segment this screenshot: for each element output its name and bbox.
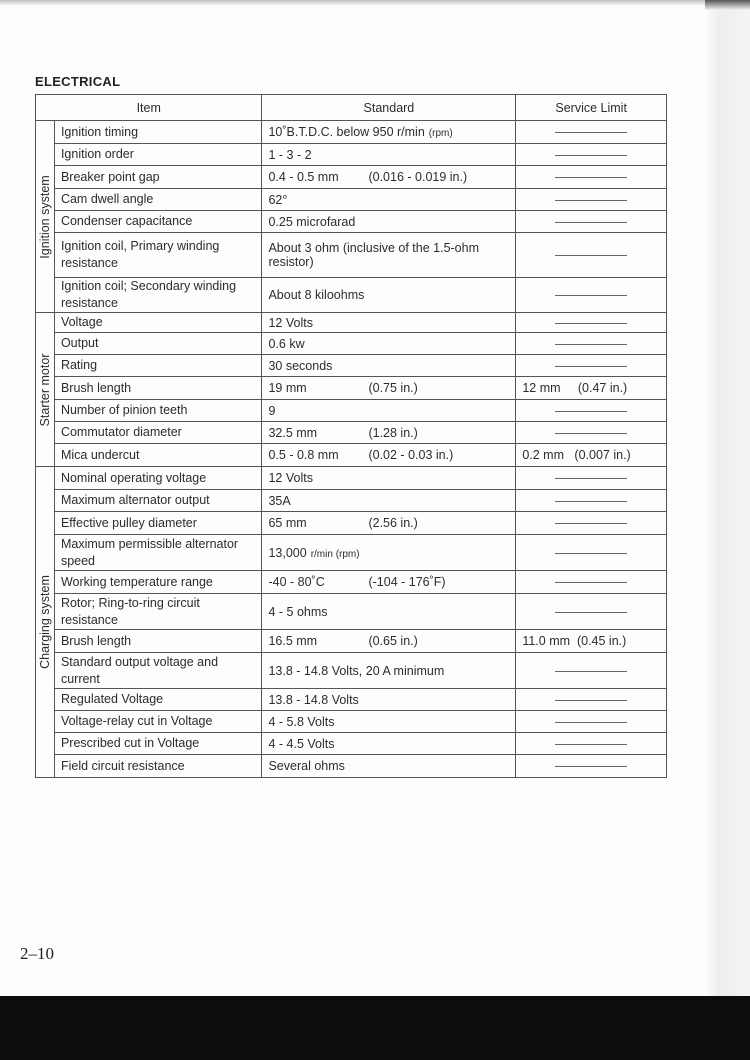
no-limit-dash [555,366,627,367]
standard-value: 1 - 3 - 2 [268,148,311,162]
standard-cell: 13.8 - 14.8 Volts [262,689,516,711]
standard-cell: About 8 kiloohms [262,278,516,313]
standard-alt-value: (0.75 in.) [368,381,417,395]
header-service-limit: Service Limit [516,95,667,121]
no-limit-dash [555,222,627,223]
table-row: Maximum permissible alternator speed13,0… [36,535,667,571]
standard-value: 62° [268,193,287,207]
item-cell: Brush length [54,377,262,400]
service-limit-cell [516,653,667,689]
service-limit-cell [516,333,667,355]
no-limit-dash [555,295,627,296]
standard-cell: About 3 ohm (inclusive of the 1.5-ohm re… [262,233,516,278]
standard-cell: 30 seconds [262,355,516,377]
standard-value: 32.5 mm [268,426,368,440]
item-cell: Ignition order [54,144,262,166]
no-limit-dash [555,523,627,524]
no-limit-dash [555,200,627,201]
standard-value: 30 seconds [268,359,332,373]
group-label: Ignition system [38,175,52,258]
table-row: Rotor; Ring-to-ring circuit resistance4 … [36,594,667,630]
standard-value: 0.4 - 0.5 mm [268,170,368,184]
no-limit-dash [555,722,627,723]
table-row: Ignition coil; Secondary winding resista… [36,278,667,313]
standard-value: 4 - 5.8 Volts [268,715,334,729]
no-limit-dash [555,344,627,345]
group-label-cell: Ignition system [36,121,55,313]
no-limit-dash [555,766,627,767]
item-cell: Effective pulley diameter [54,512,262,535]
table-row: Brush length19 mm(0.75 in.)12 mm (0.47 i… [36,377,667,400]
standard-alt-value: (1.28 in.) [368,426,417,440]
table-row: Ignition order1 - 3 - 2 [36,144,667,166]
standard-cell: 62° [262,189,516,211]
section-title: ELECTRICAL [35,74,120,89]
standard-cell: 13.8 - 14.8 Volts, 20 A minimum [262,653,516,689]
item-cell: Brush length [54,630,262,653]
service-limit-cell [516,711,667,733]
table-row: Charging systemNominal operating voltage… [36,467,667,490]
table-row: Field circuit resistanceSeveral ohms [36,755,667,778]
standard-value: 0.6 kw [268,337,304,351]
item-cell: Ignition coil; Secondary winding resista… [54,278,262,313]
item-cell: Condenser capacitance [54,211,262,233]
table-row: Regulated Voltage13.8 - 14.8 Volts [36,689,667,711]
service-limit-cell [516,512,667,535]
standard-alt-value: (0.02 - 0.03 in.) [368,448,453,462]
standard-cell: 4 - 4.5 Volts [262,733,516,755]
standard-cell: 0.4 - 0.5 mm(0.016 - 0.019 in.) [262,166,516,189]
table-row: Commutator diameter32.5 mm(1.28 in.) [36,422,667,444]
group-label: Starter motor [38,353,52,426]
no-limit-dash [555,255,627,256]
item-cell: Standard output voltage and current [54,653,262,689]
standard-value: 4 - 4.5 Volts [268,737,334,751]
item-cell: Maximum permissible alternator speed [54,535,262,571]
standard-value: 12 Volts [268,316,312,330]
service-limit-cell [516,121,667,144]
table-row: Working temperature range-40 - 80˚C(-104… [36,571,667,594]
no-limit-dash [555,433,627,434]
table-header-row: Item Standard Service Limit [36,95,667,121]
standard-value: 13.8 - 14.8 Volts, 20 A minimum [268,664,444,678]
no-limit-dash [555,132,627,133]
table-row: Maximum alternator output35A [36,490,667,512]
standard-value: About 8 kiloohms [268,288,364,302]
service-limit-cell [516,535,667,571]
service-limit-cell [516,144,667,166]
standard-cell: 65 mm(2.56 in.) [262,512,516,535]
no-limit-dash [555,501,627,502]
service-limit-cell [516,355,667,377]
item-cell: Commutator diameter [54,422,262,444]
item-cell: Nominal operating voltage [54,467,262,490]
page-number: 2–10 [20,944,54,964]
service-limit-cell [516,400,667,422]
item-cell: Mica undercut [54,444,262,467]
no-limit-dash [555,612,627,613]
standard-cell: 4 - 5 ohms [262,594,516,630]
service-limit-cell [516,166,667,189]
standard-cell: 19 mm(0.75 in.) [262,377,516,400]
no-limit-dash [555,671,627,672]
no-limit-dash [555,744,627,745]
standard-alt-value: (0.016 - 0.019 in.) [368,170,467,184]
table-row: Condenser capacitance0.25 microfarad [36,211,667,233]
service-limit-cell [516,211,667,233]
group-label-cell: Charging system [36,467,55,778]
item-cell: Ignition coil, Primary winding resistanc… [54,233,262,278]
no-limit-dash [555,155,627,156]
standard-cell: 13,000r/min (rpm) [262,535,516,571]
table-row: Cam dwell angle62° [36,189,667,211]
item-cell: Voltage-relay cut in Voltage [54,711,262,733]
standard-value: 4 - 5 ohms [268,605,327,619]
standard-value: 10˚B.T.D.C. below 950 r/min [268,125,424,139]
standard-value: 0.5 - 0.8 mm [268,448,368,462]
standard-value: 19 mm [268,381,368,395]
service-limit-cell [516,490,667,512]
service-limit-cell: 0.2 mm (0.007 in.) [516,444,667,467]
standard-cell: 0.25 microfarad [262,211,516,233]
table-row: Ignition coil, Primary winding resistanc… [36,233,667,278]
standard-cell: 4 - 5.8 Volts [262,711,516,733]
item-cell: Rotor; Ring-to-ring circuit resistance [54,594,262,630]
standard-value: 9 [268,404,275,418]
standard-alt-value: (-104 - 176˚F) [368,575,445,589]
no-limit-dash [555,700,627,701]
standard-alt-value: (rpm) [429,128,453,139]
standard-value: 65 mm [268,516,368,530]
standard-cell: 0.5 - 0.8 mm(0.02 - 0.03 in.) [262,444,516,467]
standard-cell: -40 - 80˚C(-104 - 176˚F) [262,571,516,594]
service-limit-cell: 12 mm (0.47 in.) [516,377,667,400]
no-limit-dash [555,323,627,324]
item-cell: Ignition timing [54,121,262,144]
table-row: Prescribed cut in Voltage4 - 4.5 Volts [36,733,667,755]
standard-cell: Several ohms [262,755,516,778]
header-standard: Standard [262,95,516,121]
standard-value: 13,000 [268,546,306,560]
service-limit-cell [516,278,667,313]
table-row: Rating30 seconds [36,355,667,377]
service-limit-cell [516,689,667,711]
table-row: Voltage-relay cut in Voltage4 - 5.8 Volt… [36,711,667,733]
standard-cell: 12 Volts [262,313,516,333]
service-limit-cell [516,755,667,778]
header-item: Item [36,95,262,121]
table-row: Ignition systemIgnition timing10˚B.T.D.C… [36,121,667,144]
item-cell: Prescribed cut in Voltage [54,733,262,755]
standard-value: 16.5 mm [268,634,368,648]
service-limit-cell [516,422,667,444]
electrical-spec-table: Item Standard Service Limit Ignition sys… [35,94,667,778]
service-limit-cell [516,733,667,755]
item-cell: Maximum alternator output [54,490,262,512]
no-limit-dash [555,478,627,479]
item-cell: Regulated Voltage [54,689,262,711]
service-limit-cell [516,313,667,333]
service-limit-cell [516,571,667,594]
service-limit-cell [516,467,667,490]
standard-value: About 3 ohm (inclusive of the 1.5-ohm re… [268,241,479,269]
standard-cell: 10˚B.T.D.C. below 950 r/min(rpm) [262,121,516,144]
service-limit-cell [516,189,667,211]
standard-alt-value: (0.65 in.) [368,634,417,648]
standard-value: 12 Volts [268,471,312,485]
scan-top-edge [0,0,750,6]
no-limit-dash [555,411,627,412]
standard-cell: 1 - 3 - 2 [262,144,516,166]
item-cell: Field circuit resistance [54,755,262,778]
scan-right-edge [705,0,750,10]
no-limit-dash [555,582,627,583]
standard-cell: 16.5 mm(0.65 in.) [262,630,516,653]
group-label-cell: Starter motor [36,313,55,467]
standard-value: 0.25 microfarad [268,215,355,229]
standard-value: 35A [268,494,290,508]
item-cell: Number of pinion teeth [54,400,262,422]
standard-cell: 32.5 mm(1.28 in.) [262,422,516,444]
service-limit-cell: 11.0 mm (0.45 in.) [516,630,667,653]
item-cell: Breaker point gap [54,166,262,189]
table-row: Brush length16.5 mm(0.65 in.)11.0 mm (0.… [36,630,667,653]
table-row: Starter motorVoltage12 Volts [36,313,667,333]
table-row: Output0.6 kw [36,333,667,355]
standard-value: 13.8 - 14.8 Volts [268,693,358,707]
item-cell: Working temperature range [54,571,262,594]
item-cell: Rating [54,355,262,377]
service-limit-cell [516,233,667,278]
item-cell: Cam dwell angle [54,189,262,211]
service-limit-cell [516,594,667,630]
scan-bottom-edge [0,996,750,1060]
standard-alt-value: (2.56 in.) [368,516,417,530]
scan-right-shadow [705,0,750,1000]
table-row: Standard output voltage and current13.8 … [36,653,667,689]
table-row: Breaker point gap0.4 - 0.5 mm(0.016 - 0.… [36,166,667,189]
group-label: Charging system [38,575,52,669]
standard-value: Several ohms [268,759,344,773]
standard-value: -40 - 80˚C [268,575,368,589]
item-cell: Voltage [54,313,262,333]
standard-cell: 35A [262,490,516,512]
item-cell: Output [54,333,262,355]
table-row: Number of pinion teeth9 [36,400,667,422]
table-row: Effective pulley diameter65 mm(2.56 in.) [36,512,667,535]
table-row: Mica undercut0.5 - 0.8 mm(0.02 - 0.03 in… [36,444,667,467]
standard-alt-value: r/min (rpm) [311,549,360,560]
standard-cell: 9 [262,400,516,422]
no-limit-dash [555,553,627,554]
standard-cell: 0.6 kw [262,333,516,355]
standard-cell: 12 Volts [262,467,516,490]
no-limit-dash [555,177,627,178]
